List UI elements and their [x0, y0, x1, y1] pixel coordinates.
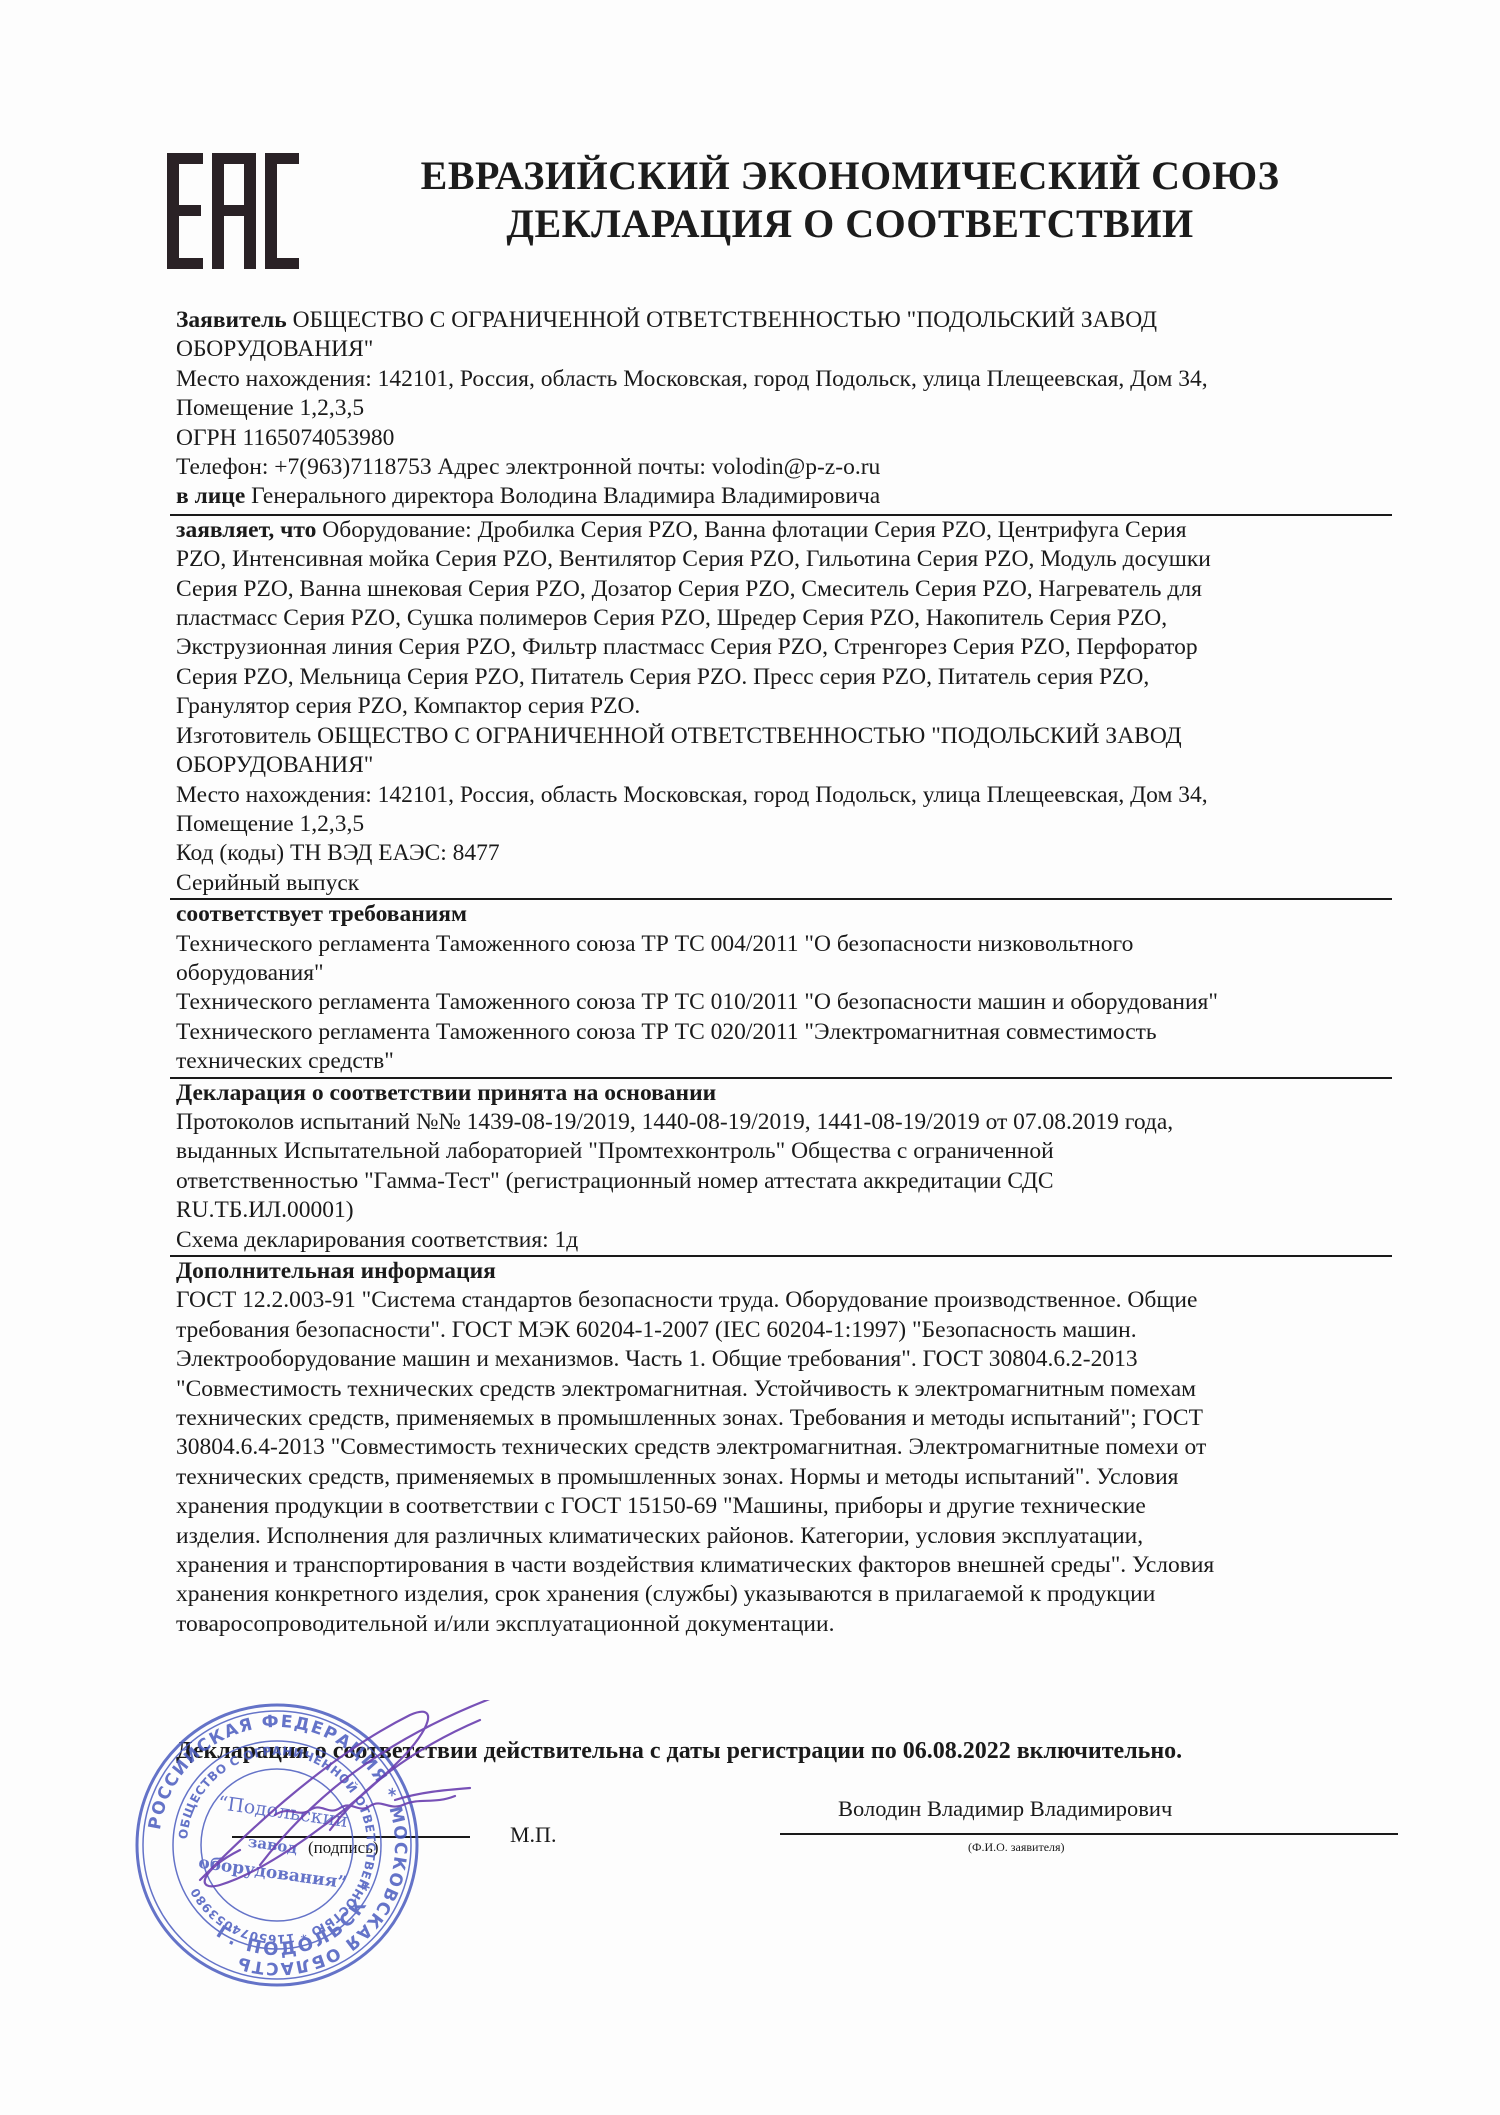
additional-info-line: технических средств, применяемых в промы… [176, 1404, 1392, 1433]
applicant-section: Заявитель ОБЩЕСТВО С ОГРАНИЧЕННОЙ ОТВЕТС… [176, 306, 1398, 514]
union-title: ЕВРАЗИЙСКИЙ ЭКОНОМИЧЕСКИЙ СОЮЗ [400, 152, 1300, 199]
declares-section: заявляет, что Оборудование: Дробилка Сер… [170, 514, 1392, 898]
production-type: Серийный выпуск [176, 869, 1392, 898]
seal-label: М.П. [510, 1822, 556, 1848]
product-list-line: Оборудование: Дробилка Серия PZO, Ванна … [316, 517, 1186, 543]
requirement-line: Технического регламента Таможенного союз… [176, 1018, 1392, 1047]
eac-mark-icon [167, 153, 299, 269]
additional-info-line: изделия. Исполнения для различных климат… [176, 1522, 1392, 1551]
applicant-ogrn: ОГРН 1165074053980 [176, 424, 1398, 453]
declaration-body: Заявитель ОБЩЕСТВО С ОГРАНИЧЕННОЙ ОТВЕТС… [176, 306, 1398, 1639]
additional-info-line: хранения конкретного изделия, срок хране… [176, 1580, 1392, 1609]
additional-info-line: требования безопасности". ГОСТ МЭК 60204… [176, 1316, 1392, 1345]
applicant-address-cont: Помещение 1,2,3,5 [176, 394, 1398, 423]
product-list-line: Экструзионная линия Серия PZO, Фильтр пл… [176, 633, 1392, 662]
product-list-line: пластмасс Серия PZO, Сушка полимеров Сер… [176, 604, 1392, 633]
representative-name: Генерального директора Володина Владимир… [245, 483, 880, 509]
additional-info-line: товаросопроводительной и/или эксплуатаци… [176, 1610, 1392, 1639]
product-list-line: Серия PZO, Мельница Серия PZO, Питатель … [176, 663, 1392, 692]
additional-info-line: 30804.6.4-2013 "Совместимость технически… [176, 1433, 1392, 1462]
requirements-label: соответствует требованиям [176, 900, 1392, 929]
representative-label: в лице [176, 483, 245, 509]
requirement-line: Технического регламента Таможенного союз… [176, 930, 1392, 959]
basis-line: Протоколов испытаний №№ 1439-08-19/2019,… [176, 1108, 1392, 1137]
additional-info-section: Дополнительная информация ГОСТ 12.2.003-… [170, 1255, 1392, 1639]
manufacturer-name: Изготовитель ОБЩЕСТВО С ОГРАНИЧЕННОЙ ОТВ… [176, 722, 1392, 751]
declaration-scheme: Схема декларирования соответствия: 1д [176, 1226, 1392, 1255]
applicant-name-cont: ОБОРУДОВАНИЯ" [176, 335, 1398, 364]
product-list-line: PZO, Интенсивная мойка Серия PZO, Вентил… [176, 545, 1392, 574]
signer-caption: (Ф.И.О. заявителя) [968, 1840, 1065, 1855]
tn-ved-code: Код (коды) ТН ВЭД ЕАЭС: 8477 [176, 839, 1392, 868]
document-title: ДЕКЛАРАЦИЯ О СООТВЕТСТВИИ [400, 200, 1300, 247]
applicant-label: Заявитель [176, 307, 287, 333]
requirements-section: соответствует требованиям Технического р… [170, 898, 1392, 1076]
basis-label: Декларация о соответствии принята на осн… [176, 1079, 1392, 1108]
handwritten-signature [180, 1700, 510, 1900]
requirement-line: Технического регламента Таможенного союз… [176, 988, 1392, 1017]
applicant-address: Место нахождения: 142101, Россия, област… [176, 365, 1398, 394]
declares-label: заявляет, что [176, 517, 316, 543]
manufacturer-name-cont: ОБОРУДОВАНИЯ" [176, 751, 1392, 780]
additional-info-line: ГОСТ 12.2.003-91 "Система стандартов без… [176, 1286, 1392, 1315]
additional-info-label: Дополнительная информация [176, 1257, 1392, 1286]
signer-name-line [780, 1833, 1398, 1835]
signature-scribble-icon [180, 1700, 510, 1900]
additional-info-line: хранения продукции в соответствии с ГОСТ… [176, 1492, 1392, 1521]
requirement-line: оборудования" [176, 959, 1392, 988]
basis-section: Декларация о соответствии принята на осн… [170, 1077, 1392, 1255]
applicant-name: ОБЩЕСТВО С ОГРАНИЧЕННОЙ ОТВЕТСТВЕННОСТЬЮ… [287, 307, 1157, 333]
additional-info-line: технических средств, применяемых в промы… [176, 1463, 1392, 1492]
requirement-line: технических средств" [176, 1047, 1392, 1076]
manufacturer-address-cont: Помещение 1,2,3,5 [176, 810, 1392, 839]
product-list-line: Серия PZO, Ванна шнековая Серия PZO, Доз… [176, 575, 1392, 604]
basis-line: RU.ТБ.ИЛ.00001) [176, 1196, 1392, 1225]
additional-info-line: хранения и транспортирования в части воз… [176, 1551, 1392, 1580]
additional-info-line: "Совместимость технических средств элект… [176, 1375, 1392, 1404]
signer-name: Володин Владимир Владимирович [838, 1796, 1172, 1822]
additional-info-line: Электрооборудование машин и механизмов. … [176, 1345, 1392, 1374]
applicant-contacts: Телефон: +7(963)7118753 Адрес электронно… [176, 453, 1398, 482]
basis-line: выданных Испытательной лабораторией "Про… [176, 1137, 1392, 1166]
product-list-line: Гранулятор серия PZO, Компактор серия PZ… [176, 692, 1392, 721]
eac-logo [167, 153, 299, 269]
manufacturer-address: Место нахождения: 142101, Россия, област… [176, 781, 1392, 810]
basis-line: ответственностью "Гамма-Тест" (регистрац… [176, 1167, 1392, 1196]
declaration-page: ЕВРАЗИЙСКИЙ ЭКОНОМИЧЕСКИЙ СОЮЗ ДЕКЛАРАЦИ… [0, 0, 1500, 2115]
